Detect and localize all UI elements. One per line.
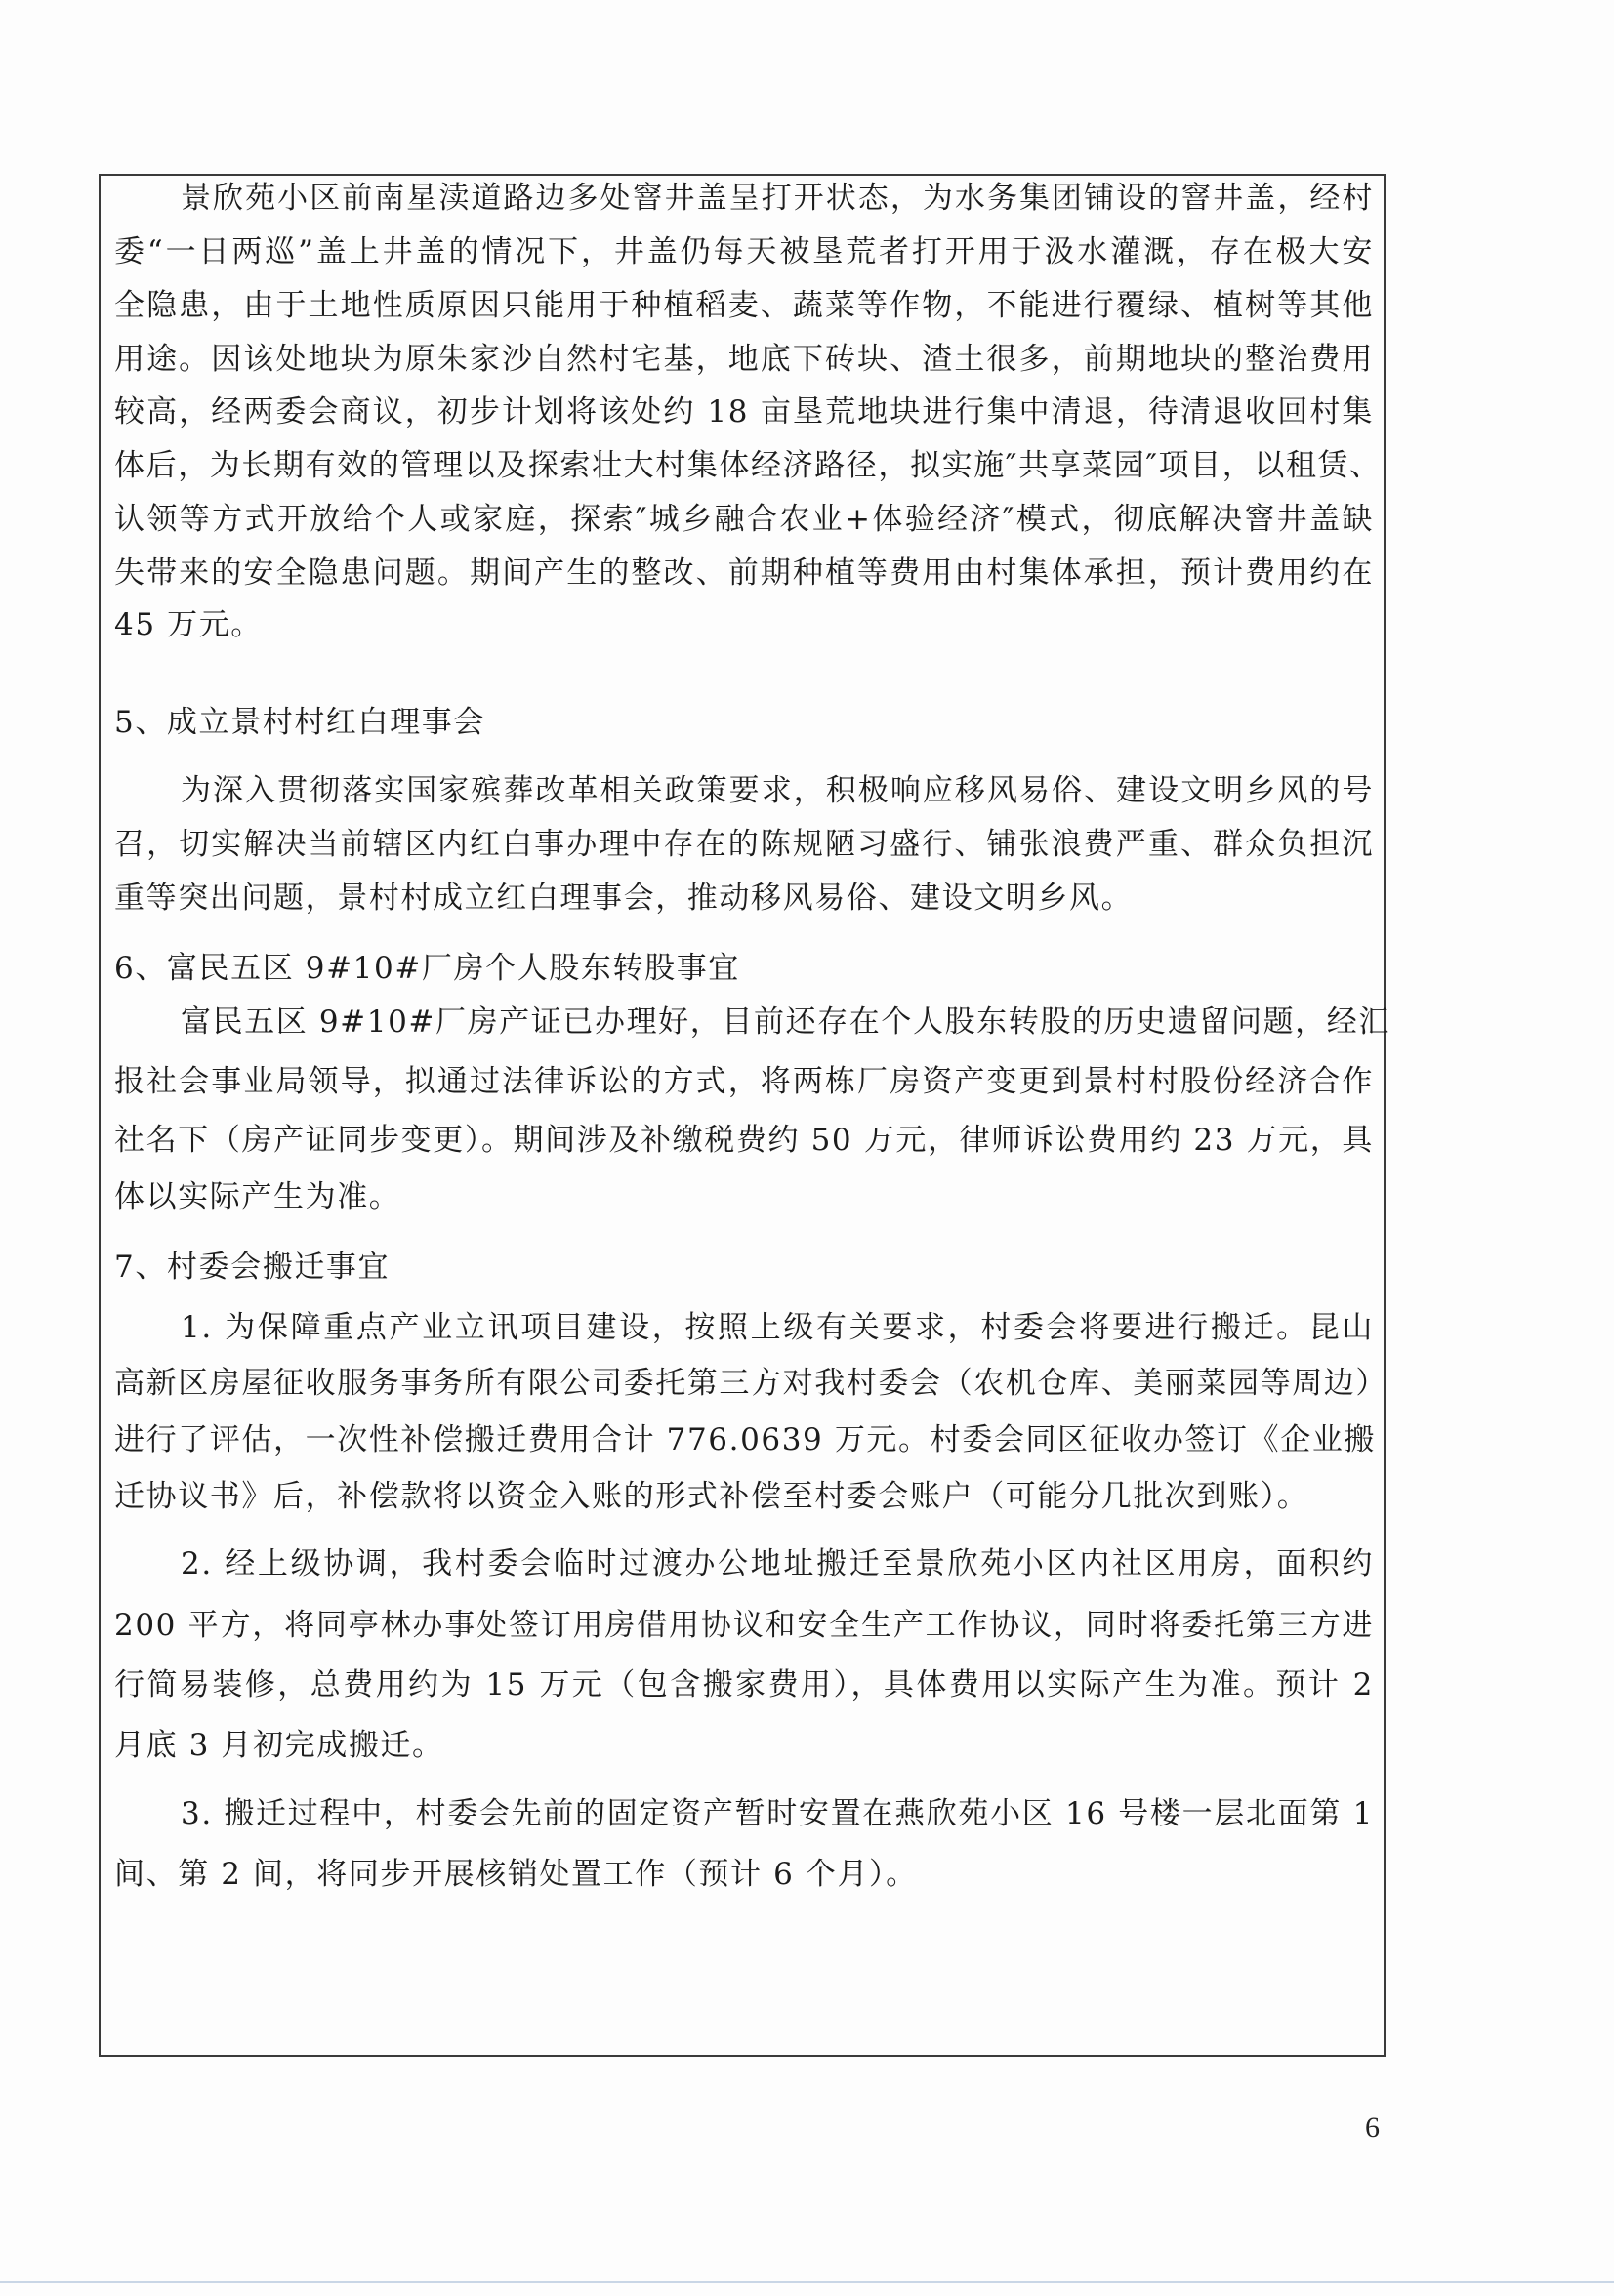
paragraph-line: 认领等方式开放给个人或家庭，探索″城乡融合农业+体验经济″模式，彻底解决窨井盖缺 (114, 500, 1374, 539)
paragraph-line: 社名下（房产证同步变更）。期间涉及补缴税费约 50 万元，律师诉讼费用约 23 … (114, 1121, 1374, 1160)
list-item-1-line: 1. 为保障重点产业立讯项目建设，按照上级有关要求，村委会将要进行搬迁。昆山 (181, 1308, 1374, 1347)
page-number: 6 (1365, 2111, 1380, 2145)
list-item-2-line: 200 平方，将同亭林办事处签订用房借用协议和安全生产工作协议，同时将委托第三方… (114, 1606, 1374, 1645)
paragraph-line: 富民五区 9#10#厂房产证已办理好，目前还存在个人股东转股的历史遗留问题，经汇 (181, 1003, 1374, 1042)
paragraph-line: 景欣苑小区前南星渎道路边多处窨井盖呈打开状态，为水务集团铺设的窨井盖，经村 (181, 179, 1374, 218)
list-item-2-line: 2. 经上级协调，我村委会临时过渡办公地址搬迁至景欣苑小区内社区用房，面积约 (181, 1544, 1374, 1583)
paragraph-line: 全隐患，由于土地性质原因只能用于种植稻麦、蔬菜等作物，不能进行覆绿、植树等其他 (114, 286, 1374, 325)
paragraph-line: 为深入贯彻落实国家殡葬改革相关政策要求，积极响应移风易俗、建设文明乡风的号 (181, 771, 1374, 810)
section-heading-5: 5、成立景村村红白理事会 (114, 703, 485, 742)
paragraph-line: 报社会事业局领导，拟通过法律诉讼的方式，将两栋厂房资产变更到景村村股份经济合作 (114, 1062, 1374, 1101)
list-item-2-line: 行简易装修，总费用约为 15 万元（包含搬家费用），具体费用以实际产生为准。预计… (114, 1665, 1374, 1704)
list-item-1-line: 高新区房屋征收服务事务所有限公司委托第三方对我村委会（农机仓库、美丽菜园等周边） (114, 1364, 1374, 1403)
document-page: 景欣苑小区前南星渎道路边多处窨井盖呈打开状态，为水务集团铺设的窨井盖，经村 委“… (0, 0, 1614, 2296)
paragraph-line: 召，切实解决当前辖区内红白事办理中存在的陈规陋习盛行、铺张浪费严重、群众负担沉 (114, 825, 1374, 864)
paragraph-line: 用途。因该处地块为原朱家沙自然村宅基，地底下砖块、渣土很多，前期地块的整治费用 (114, 340, 1374, 379)
list-item-1-line: 进行了评估，一次性补偿搬迁费用合计 776.0639 万元。村委会同区征收办签订… (114, 1420, 1374, 1459)
paragraph-line: 45 万元。 (114, 605, 263, 644)
section-heading-7: 7、村委会搬迁事宜 (114, 1248, 390, 1287)
section-heading-6: 6、富民五区 9#10#厂房个人股东转股事宜 (114, 949, 740, 988)
paragraph-line: 较高，经两委会商议，初步计划将该处约 18 亩垦荒地块进行集中清退，待清退收回村… (114, 392, 1374, 431)
paragraph-line: 体后，为长期有效的管理以及探索壮大村集体经济路径，拟实施″共享菜园″项目，以租赁… (114, 446, 1374, 485)
list-item-2-line: 月底 3 月初完成搬迁。 (114, 1726, 444, 1765)
paragraph-line: 重等突出问题，景村村成立红白理事会，推动移风易俗、建设文明乡风。 (114, 879, 1133, 918)
paragraph-line: 委“一日两巡”盖上井盖的情况下，井盖仍每天被垦荒者打开用于汲水灌溉，存在极大安 (114, 232, 1374, 271)
list-item-3-line: 3. 搬迁过程中，村委会先前的固定资产暂时安置在燕欣苑小区 16 号楼一层北面第… (181, 1794, 1374, 1833)
paragraph-line: 体以实际产生为准。 (114, 1177, 400, 1216)
scan-edge-line (0, 2281, 1614, 2283)
list-item-3-line: 间、第 2 间，将同步开展核销处置工作（预计 6 个月）。 (114, 1855, 918, 1894)
paragraph-line: 失带来的安全隐患问题。期间产生的整改、前期种植等费用由村集体承担，预计费用约在 (114, 553, 1374, 593)
list-item-1-line: 迁协议书》后，补偿款将以资金入账的形式补偿至村委会账户（可能分几批次到账）。 (114, 1477, 1308, 1516)
